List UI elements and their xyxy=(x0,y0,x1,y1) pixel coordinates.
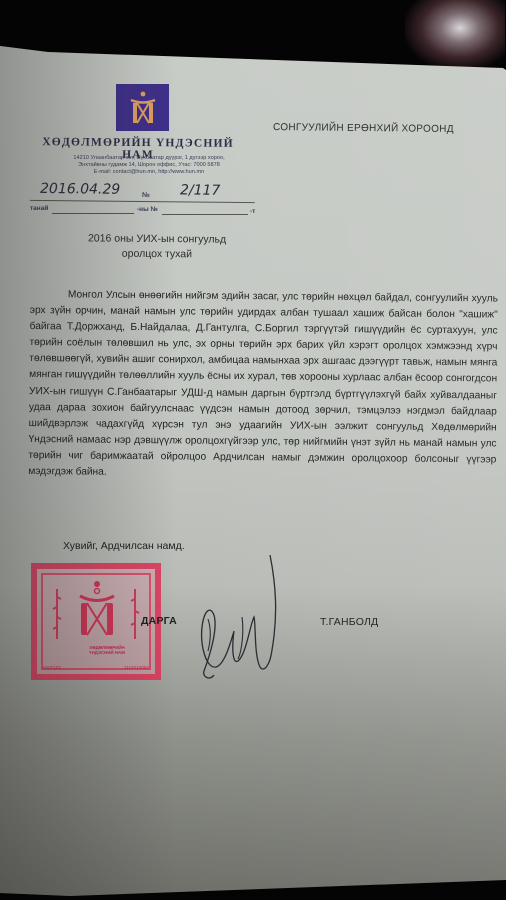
party-emblem-icon xyxy=(116,84,169,131)
mongol-script-left-icon xyxy=(51,589,63,639)
subject-line: 2016 оны УИХ-ын сонгуульд xyxy=(62,231,252,248)
copy-recipient-note: Хувийг, Ардчилсан намд. xyxy=(63,540,185,552)
stamp-registration-right: 1118210062 xyxy=(124,665,149,670)
reply-blank xyxy=(52,213,134,214)
handwritten-document-number: 2/117 xyxy=(180,182,221,198)
reply-suffix: -т xyxy=(250,208,255,215)
signer-name: Т.ГАНБОЛД xyxy=(320,616,378,628)
reply-prefix: танай xyxy=(30,205,48,212)
letter-body: Монгол Улсын өнөөгийн нийгэм эдийн засаг… xyxy=(28,287,498,485)
address-line: 14210 Улаанбаатар хот, Сүхбаатар дүүрэг,… xyxy=(44,155,254,162)
organization-address: 14210 Улаанбаатар хот, Сүхбаатар дүүрэг,… xyxy=(44,155,254,176)
letter-subject: 2016 оны УИХ-ын сонгуульд оролцох тухай xyxy=(62,231,252,263)
number-sign-label: № xyxy=(142,192,150,199)
addressee: СОНГУУЛИЙН ЕРӨНХИЙ ХОРООНД xyxy=(273,122,454,135)
stamp-emblem-icon xyxy=(75,579,119,639)
background-lamp xyxy=(405,0,505,70)
stamp-registration-numbers: 5407102 1118210062 xyxy=(43,665,149,670)
signer-role: ДАРГА xyxy=(141,615,177,627)
reply-number-blank xyxy=(162,214,248,215)
subject-line: оролцох тухай xyxy=(62,246,252,263)
date-number-line: 2016.04.29 № 2/117 xyxy=(30,184,255,203)
letter-page: ХӨДӨЛМӨРИЙН ҮНДЭСНИЙ НАМ 14210 Улаанбаат… xyxy=(0,0,506,900)
handwritten-date: 2016.04.29 xyxy=(40,181,120,198)
handwritten-signature-icon xyxy=(180,555,290,685)
mongol-script-right-icon xyxy=(129,589,141,639)
stamp-registration-left: 5407102 xyxy=(43,665,61,670)
address-line: E-mail: contact@hun.mn, http://www.hun.m… xyxy=(44,169,254,176)
reply-reference-line: танай -ны № -т xyxy=(30,202,255,216)
reply-middle: -ны № xyxy=(137,206,158,213)
stamp-org-line: ҮНДЭСНИЙ НАМ xyxy=(77,650,137,655)
address-line: Энхтайвны гудамж 14, Шорон оффис, Утас: … xyxy=(44,162,254,169)
